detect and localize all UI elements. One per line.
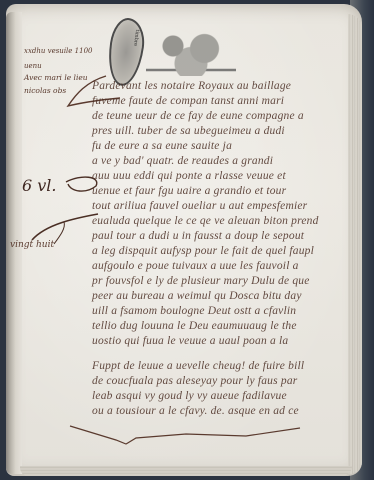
manuscript-page: timbre xxdhu vesuile 1100 uenu Avec mari… xyxy=(6,4,362,476)
text-line: paul tour a dudi u in fausst a doup le s… xyxy=(92,230,304,242)
text-line: pres uill. tuber de sa ubegueimeu a dudi xyxy=(92,125,285,137)
text-line: uenue et faur fgu uaire a grandio et tou… xyxy=(92,185,286,197)
closing-line-flourish-icon xyxy=(66,422,306,452)
page-edge-right xyxy=(348,14,362,474)
text-line: auu uuu eddi qui ponte a rlasse veuue et xyxy=(92,170,286,182)
text-line: ou a tousiour a le cfavy. de. asque en a… xyxy=(92,405,299,417)
text-line: aufgoulo e poue tuivaux a uue les fauvoi… xyxy=(92,260,299,272)
text-line: eualuda quelque le ce qe ve aleuan biton… xyxy=(92,215,319,227)
page-edge-bottom xyxy=(20,466,352,476)
text-line: leab asqui vy goud ly vy aueue fadilavue xyxy=(92,390,287,402)
text-line: uill a fsamom boulogne Deut ostt a cfavl… xyxy=(92,305,296,317)
text-line: Fuppt de leuue a uevelle cheug! de fuire… xyxy=(92,360,304,372)
text-line: fuveme faute de compan tanst anni mari xyxy=(92,95,284,107)
text-line: Pardevant les notaire Royaux au baillage xyxy=(92,80,291,92)
text-line: uostio qui fuua le veuue a uaul poan a l… xyxy=(92,335,288,347)
text-line: peer au bureau a weimul qu Dosca bitu da… xyxy=(92,290,302,302)
text-line: tellio dug louuna le Deu eaumuuaug le th… xyxy=(92,320,297,332)
margin-note: uenu xyxy=(24,62,42,70)
text-line: a leg dispquit aufysp pour le fait de qu… xyxy=(92,245,314,257)
margin-note-date: xxdhu vesuile 1100 xyxy=(24,47,92,55)
text-line: tout ariliua fauvel oueliar u aut empesf… xyxy=(92,200,307,212)
text-line: a ve y bad' quatr. de reaudes a grandi xyxy=(92,155,273,167)
text-line: pr fouvsfol e ly de plusieur mary Dulu d… xyxy=(92,275,310,287)
coat-of-arms-stamp-icon xyxy=(146,26,236,76)
text-line: de teune ueur de ce fay de eune compagne… xyxy=(92,110,304,122)
text-line: de coucfuala pas aleseyay pour ly faus p… xyxy=(92,375,297,387)
text-line: fu de eure a sa eune sauite ja xyxy=(92,140,232,152)
